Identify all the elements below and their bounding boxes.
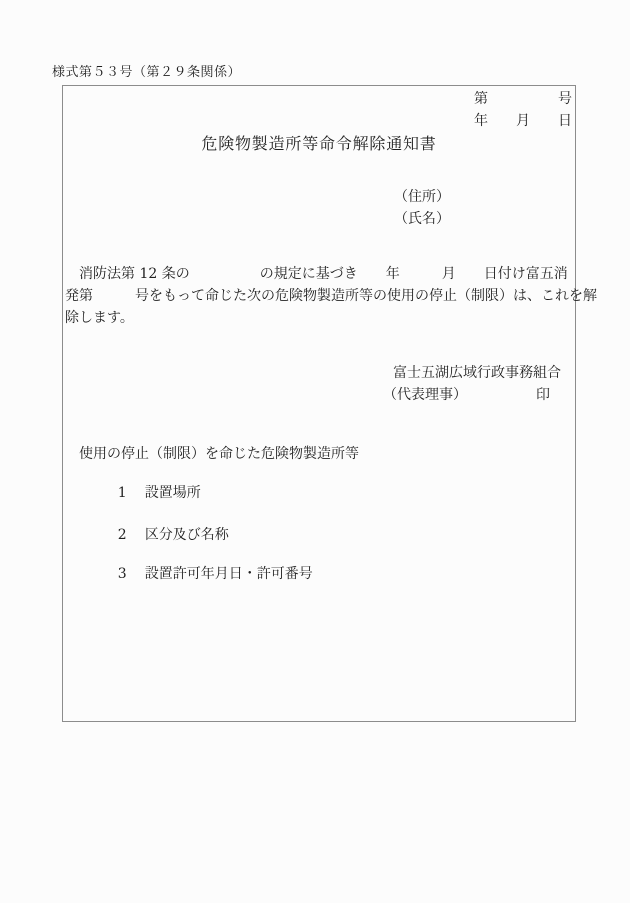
facility-item-number: 2 bbox=[118, 527, 145, 543]
facility-section-header: 使用の停止（制限）を命じた危険物製造所等 bbox=[79, 443, 359, 463]
recipient-address-label: （住所） bbox=[394, 186, 450, 206]
facility-item-number: 3 bbox=[118, 566, 145, 582]
issuer-organization: 富士五湖広域行政事務組合 bbox=[393, 362, 561, 382]
issuer-title: （代表理事） bbox=[383, 384, 467, 404]
issuer-title-line: （代表理事） 印 bbox=[383, 384, 550, 404]
document-frame: 第 号 年 月 日 危険物製造所等命令解除通知書 （住所） （氏名） 消防法第 … bbox=[62, 85, 576, 722]
facility-item-label: 設置許可年月日・許可番号 bbox=[145, 566, 313, 582]
facility-item: 3設置許可年月日・許可番号 bbox=[91, 547, 313, 599]
document-date-line: 年 月 日 bbox=[474, 110, 572, 130]
facility-item-label: 設置場所 bbox=[145, 485, 201, 501]
body-line: 除します。 bbox=[65, 307, 573, 329]
facility-item-label: 区分及び名称 bbox=[145, 527, 229, 543]
body-line: 発第 号をもって命じた次の危険物製造所等の使用の停止（制限）は、これを解 bbox=[65, 285, 573, 307]
body-line: 消防法第 12 条の の規定に基づき 年 月 日付け富五消 bbox=[65, 263, 573, 285]
seal-mark: 印 bbox=[536, 384, 550, 404]
body-paragraph: 消防法第 12 条の の規定に基づき 年 月 日付け富五消 発第 号をもって命じ… bbox=[65, 263, 573, 329]
document-number-line: 第 号 bbox=[474, 88, 572, 108]
recipient-name-label: （氏名） bbox=[394, 208, 450, 228]
facility-item-number: 1 bbox=[118, 485, 145, 501]
document-page: 様式第５３号（第２９条関係） 第 号 年 月 日 危険物製造所等命令解除通知書 … bbox=[0, 0, 630, 903]
form-number-label: 様式第５３号（第２９条関係） bbox=[52, 61, 241, 80]
document-title: 危険物製造所等命令解除通知書 bbox=[63, 131, 575, 154]
